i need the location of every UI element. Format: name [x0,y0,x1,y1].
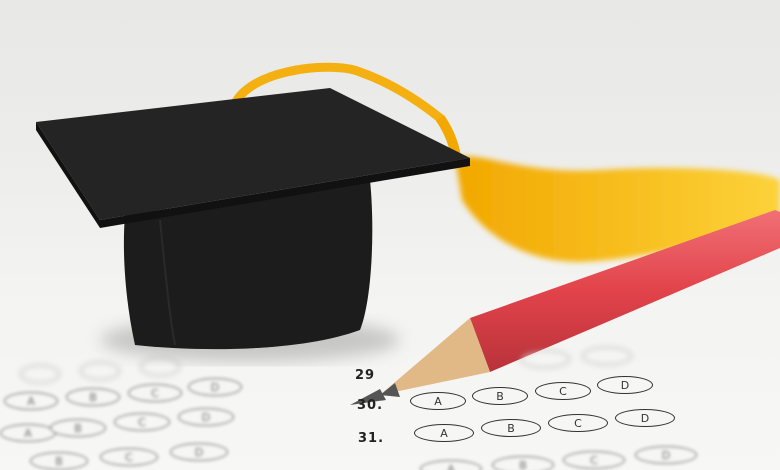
question-number: 31. [358,431,384,446]
answer-bubble: B [472,387,528,405]
photo-scene: A B C D A B C D B C D 29 30. A B C D 31.… [0,0,780,470]
answer-bubble: A [410,392,466,410]
answer-bubble: B [481,419,541,437]
answer-bubble: C [535,382,591,400]
answer-bubble: D [615,409,675,427]
answer-bubble: C [548,414,608,432]
question-number: 30. [357,398,383,413]
answer-bubble: D [597,376,653,394]
answer-bubble: A [414,424,474,442]
question-number: 29 [355,368,375,383]
